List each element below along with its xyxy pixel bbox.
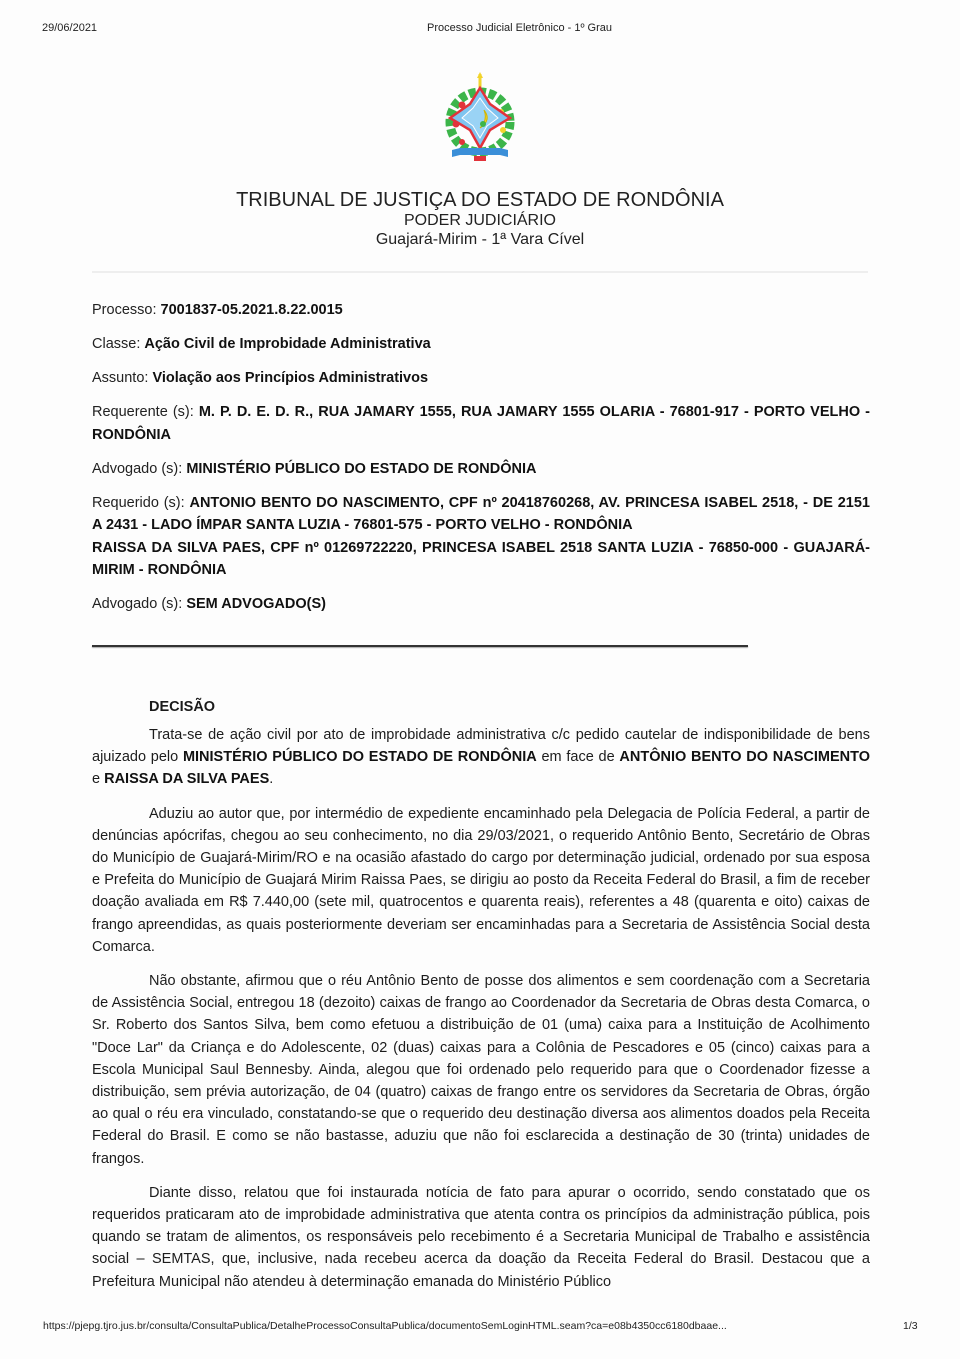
plaintiff-name: MINISTÉRIO PÚBLICO DO ESTADO DE RONDÔNIA: [183, 749, 537, 765]
case-info: Processo: 7001837-05.2021.8.22.0015 Clas…: [92, 299, 870, 627]
decision-paragraph-2: Aduziu ao autor que, por intermédio de e…: [92, 803, 870, 958]
decision-paragraph-4: Diante disso, relatou que foi instaurada…: [92, 1182, 870, 1293]
advogado-requerente-label: Advogado (s):: [92, 461, 186, 477]
requerente-label: Requerente (s):: [92, 404, 199, 420]
section-divider: [92, 645, 748, 647]
court-branch: PODER JUDICIÁRIO: [0, 212, 960, 230]
court-district: Guajará-Mirim - 1ª Vara Cível: [0, 230, 960, 250]
requerente-row: Requerente (s): M. P. D. E. D. R., RUA J…: [92, 401, 870, 446]
print-date: 29/06/2021: [42, 22, 97, 34]
print-header: 29/06/2021 Processo Judicial Eletrônico …: [0, 22, 960, 38]
classe-label: Classe:: [92, 336, 144, 352]
court-header: TRIBUNAL DE JUSTIÇA DO ESTADO DE RONDÔNI…: [0, 188, 960, 250]
assunto-value: Violação aos Princípios Administrativos: [152, 370, 428, 386]
requerente-value: M. P. D. E. D. R., RUA JAMARY 1555, RUA …: [92, 404, 870, 443]
defendant-name-1: ANTÔNIO BENTO DO NASCIMENTO: [619, 749, 870, 765]
advogado-requerido-row: Advogado (s): SEM ADVOGADO(S): [92, 593, 870, 616]
decision-paragraph-3: Não obstante, afirmou que o réu Antônio …: [92, 970, 870, 1170]
defendant-name-2: RAISSA DA SILVA PAES: [104, 771, 269, 787]
advogado-requerido-label: Advogado (s):: [92, 596, 186, 612]
classe-row: Classe: Ação Civil de Improbidade Admini…: [92, 333, 870, 356]
processo-label: Processo:: [92, 302, 161, 318]
court-name: TRIBUNAL DE JUSTIÇA DO ESTADO DE RONDÔNI…: [0, 188, 960, 212]
text-run: .: [269, 771, 273, 787]
advogado-requerente-row: Advogado (s): MINISTÉRIO PÚBLICO DO ESTA…: [92, 458, 870, 481]
decision-section: DECISÃO Trata-se de ação civil por ato d…: [92, 697, 870, 1305]
requerido-value-1: ANTONIO BENTO DO NASCIMENTO, CPF nº 2041…: [92, 495, 870, 534]
decision-paragraph-1: Trata-se de ação civil por ato de improb…: [92, 724, 870, 791]
page-number: 1/3: [903, 1320, 918, 1332]
processo-value: 7001837-05.2021.8.22.0015: [161, 302, 343, 318]
requerido-label: Requerido (s):: [92, 495, 189, 511]
classe-value: Ação Civil de Improbidade Administrativa: [144, 336, 430, 352]
document-url[interactable]: https://pjepg.tjro.jus.br/consulta/Consu…: [43, 1320, 889, 1332]
text-run: e: [92, 771, 104, 787]
decision-heading: DECISÃO: [149, 697, 870, 717]
advogado-requerido-value: SEM ADVOGADO(S): [186, 596, 326, 612]
advogado-requerente-value: MINISTÉRIO PÚBLICO DO ESTADO DE RONDÔNIA: [186, 461, 536, 477]
assunto-row: Assunto: Violação aos Princípios Adminis…: [92, 367, 870, 390]
requerido-value-2: RAISSA DA SILVA PAES, CPF nº 01269722220…: [92, 540, 870, 579]
text-run: em face de: [537, 749, 620, 765]
processo-row: Processo: 7001837-05.2021.8.22.0015: [92, 299, 870, 322]
requerido-row: Requerido (s): ANTONIO BENTO DO NASCIMEN…: [92, 492, 870, 582]
header-divider: [92, 271, 868, 273]
print-title: Processo Judicial Eletrônico - 1º Grau: [427, 22, 612, 34]
assunto-label: Assunto:: [92, 370, 152, 386]
rondonia-state-coat-of-arms-icon: [440, 72, 520, 164]
